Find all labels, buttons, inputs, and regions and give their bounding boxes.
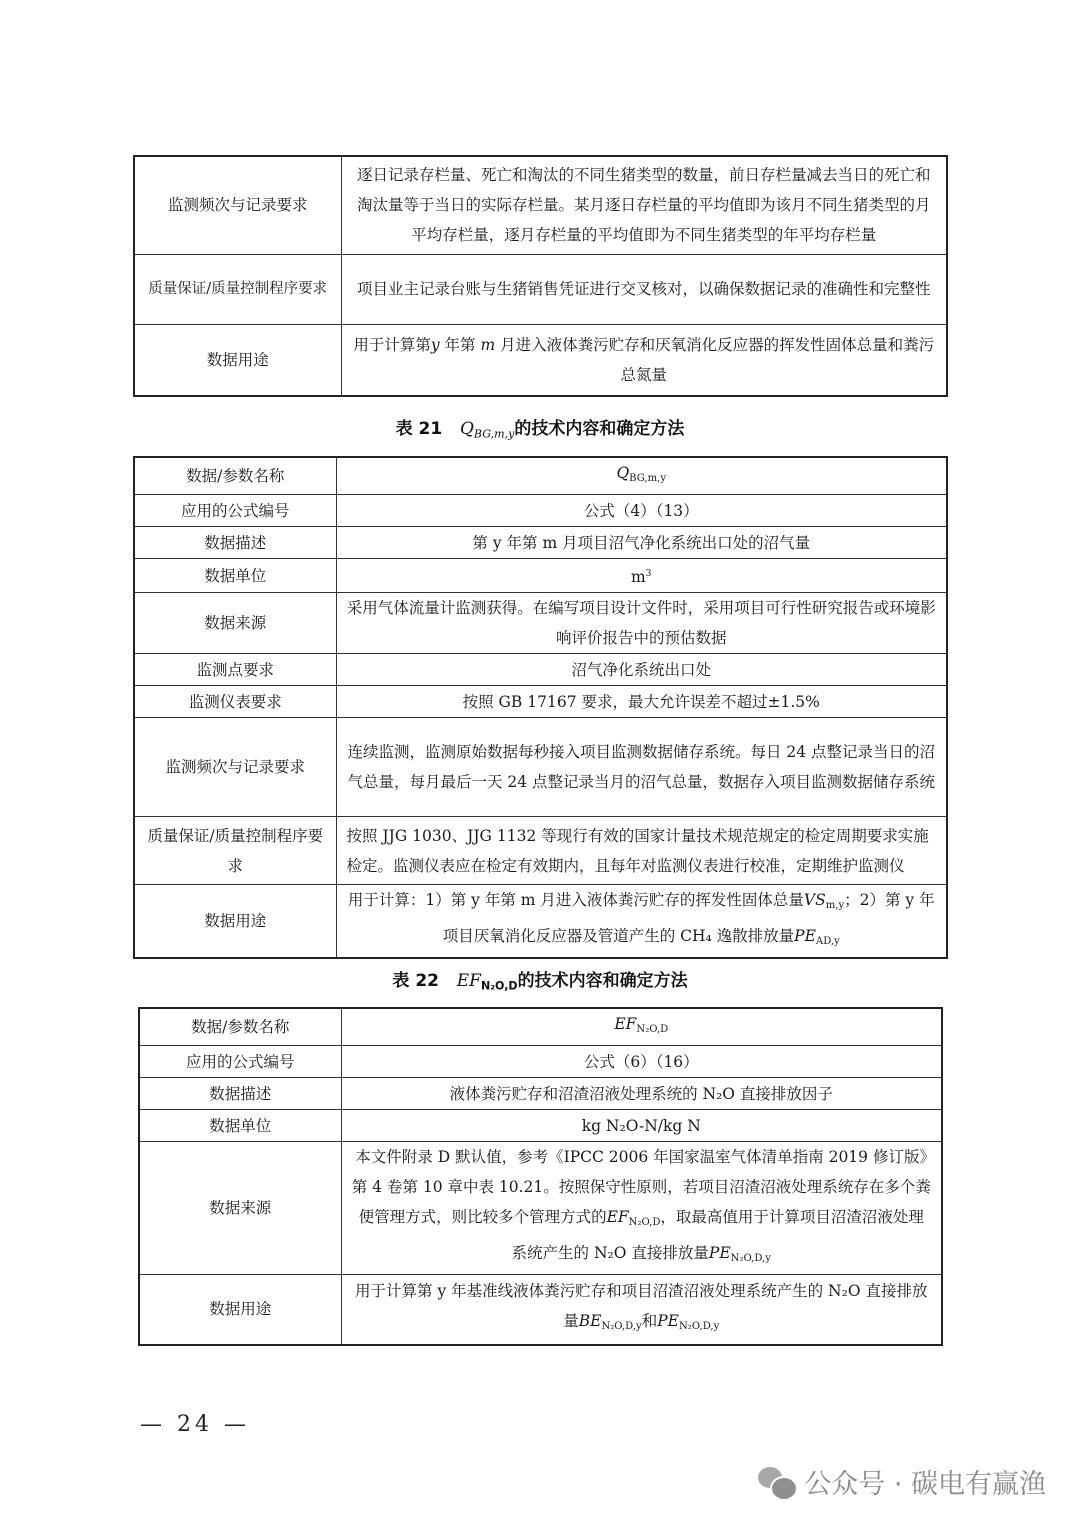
row-label: 数据来源 <box>139 1142 341 1275</box>
table-row: 数据用途 用于计算：1）第 y 年第 m 月进入液体粪污贮存的挥发性固体总量VS… <box>134 885 947 959</box>
table-row: 监测频次与记录要求 连续监测，监测原始数据每秒接入项目监测数据储存系统。每日 2… <box>134 718 947 817</box>
row-label: 数据单位 <box>139 1110 341 1142</box>
table-row: 应用的公式编号 公式（6）（16） <box>139 1046 942 1078</box>
table-row: 监测仪表要求 按照 GB 17167 要求，最大允许误差不超过±1.5% <box>134 686 947 718</box>
row-label: 数据描述 <box>139 1078 341 1110</box>
table22-caption: 表 22 EFN₂O,D的技术内容和确定方法 <box>0 966 1080 992</box>
table21-caption: 表 21 QBG,m,y的技术内容和确定方法 <box>0 414 1080 440</box>
table-row: 数据/参数名称 EFN₂O,D <box>139 1008 942 1046</box>
row-value: 用于计算第y 年第 m 月进入液体粪污贮存和厌氧消化反应器的挥发性固体总量和粪污… <box>341 324 947 396</box>
table-row: 数据用途 用于计算第 y 年基准线液体粪污贮存和项目沼渣沼液处理系统产生的 N₂… <box>139 1275 942 1345</box>
table-row: 数据描述 液体粪污贮存和沼渣沼液处理系统的 N₂O 直接排放因子 <box>139 1078 942 1110</box>
row-label: 数据/参数名称 <box>134 457 336 495</box>
row-label: 监测频次与记录要求 <box>134 156 341 254</box>
table22: 数据/参数名称 EFN₂O,D 应用的公式编号 公式（6）（16） 数据描述 液… <box>138 1007 943 1346</box>
watermark: 公众号 · 碳电有赢渔 <box>758 1462 1046 1501</box>
table-row: 质量保证/质量控制程序要求 项目业主记录台账与生猪销售凭证进行交叉核对，以确保数… <box>134 254 947 324</box>
row-label: 监测点要求 <box>134 654 336 686</box>
table-row: 监测频次与记录要求 逐日记录存栏量、死亡和淘汰的不同生猪类型的数量，前日存栏量减… <box>134 156 947 254</box>
table-row: 数据来源 采用气体流量计监测获得。在编写项目设计文件时，采用项目可行性研究报告或… <box>134 593 947 654</box>
table-row: 数据用途 用于计算第y 年第 m 月进入液体粪污贮存和厌氧消化反应器的挥发性固体… <box>134 324 947 396</box>
row-value: 用于计算第 y 年基准线液体粪污贮存和项目沼渣沼液处理系统产生的 N₂O 直接排… <box>341 1275 942 1345</box>
row-label: 监测频次与记录要求 <box>134 718 336 817</box>
row-value: 液体粪污贮存和沼渣沼液处理系统的 N₂O 直接排放因子 <box>341 1078 942 1110</box>
table-row: 监测点要求 沼气净化系统出口处 <box>134 654 947 686</box>
table-row: 质量保证/质量控制程序要求 按照 JJG 1030、JJG 1132 等现行有效… <box>134 817 947 885</box>
table-row: 数据单位 m3 <box>134 559 947 593</box>
row-value: 采用气体流量计监测获得。在编写项目设计文件时，采用项目可行性研究报告或环境影响评… <box>336 593 947 654</box>
row-value: 项目业主记录台账与生猪销售凭证进行交叉核对，以确保数据记录的准确性和完整性 <box>341 254 947 324</box>
table-row: 数据描述 第 y 年第 m 月项目沼气净化系统出口处的沼气量 <box>134 527 947 559</box>
row-value: 逐日记录存栏量、死亡和淘汰的不同生猪类型的数量，前日存栏量减去当日的死亡和淘汰量… <box>341 156 947 254</box>
row-value: kg N₂O-N/kg N <box>341 1110 942 1142</box>
row-label: 数据用途 <box>139 1275 341 1345</box>
row-value: 沼气净化系统出口处 <box>336 654 947 686</box>
row-label: 数据/参数名称 <box>139 1008 341 1046</box>
row-label: 数据来源 <box>134 593 336 654</box>
row-label: 应用的公式编号 <box>134 495 336 527</box>
row-value: 公式（4）（13） <box>336 495 947 527</box>
row-label: 质量保证/质量控制程序要求 <box>134 817 336 885</box>
previous-table: 监测频次与记录要求 逐日记录存栏量、死亡和淘汰的不同生猪类型的数量，前日存栏量减… <box>133 155 948 397</box>
wechat-icon <box>758 1465 798 1499</box>
row-label: 监测仪表要求 <box>134 686 336 718</box>
row-value: m3 <box>336 559 947 593</box>
watermark-text: 公众号 · 碳电有赢渔 <box>804 1462 1046 1501</box>
row-value: 第 y 年第 m 月项目沼气净化系统出口处的沼气量 <box>336 527 947 559</box>
table-row: 数据来源 本文件附录 D 默认值，参考《IPCC 2006 年国家温室气体清单指… <box>139 1142 942 1275</box>
table-row: 应用的公式编号 公式（4）（13） <box>134 495 947 527</box>
row-label: 数据用途 <box>134 324 341 396</box>
table21: 数据/参数名称 QBG,m,y 应用的公式编号 公式（4）（13） 数据描述 第… <box>133 456 948 959</box>
row-value: 连续监测，监测原始数据每秒接入项目监测数据储存系统。每日 24 点整记录当日的沼… <box>336 718 947 817</box>
row-value: 公式（6）（16） <box>341 1046 942 1078</box>
row-value: EFN₂O,D <box>341 1008 942 1046</box>
row-label: 数据单位 <box>134 559 336 593</box>
row-value: 按照 GB 17167 要求，最大允许误差不超过±1.5% <box>336 686 947 718</box>
row-label: 质量保证/质量控制程序要求 <box>134 254 341 324</box>
row-label: 应用的公式编号 <box>139 1046 341 1078</box>
row-label: 数据用途 <box>134 885 336 959</box>
table-row: 数据/参数名称 QBG,m,y <box>134 457 947 495</box>
row-value: 按照 JJG 1030、JJG 1132 等现行有效的国家计量技术规范规定的检定… <box>336 817 947 885</box>
page-number: — 24 — <box>140 1412 250 1437</box>
table-row: 数据单位 kg N₂O-N/kg N <box>139 1110 942 1142</box>
row-value: 用于计算：1）第 y 年第 m 月进入液体粪污贮存的挥发性固体总量VSm,y；2… <box>336 885 947 959</box>
row-label: 数据描述 <box>134 527 336 559</box>
row-value: 本文件附录 D 默认值，参考《IPCC 2006 年国家温室气体清单指南 201… <box>341 1142 942 1275</box>
row-value: QBG,m,y <box>336 457 947 495</box>
